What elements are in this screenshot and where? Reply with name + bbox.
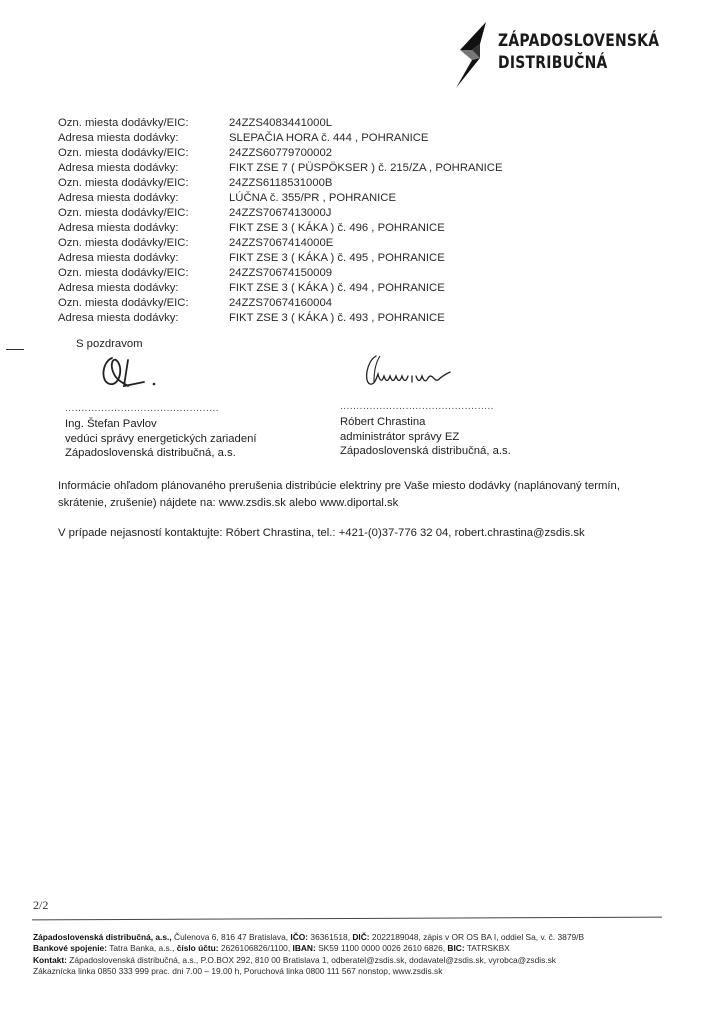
footer-line-bank: Bankové spojenie: Tatra Banka, a.s., čís… [33, 943, 584, 954]
eic-row: Ozn. miesta dodávky/EIC:24ZZS6118531000B [58, 176, 503, 191]
signatory-2-company: Západoslovenská distribučná, a.s. [340, 444, 511, 459]
signatory-1-company: Západoslovenská distribučná, a.s. [65, 446, 257, 461]
eic-row-label: Ozn. miesta dodávky/EIC: [58, 176, 229, 191]
eic-row-value: 24ZZS70674160004 [229, 296, 332, 311]
signatory-1-role: vedúci správy energetických zariadení [65, 432, 257, 447]
address-row-label: Adresa miesta dodávky: [58, 251, 229, 266]
logo-wordmark: ZÁPADOSLOVENSKÁ DISTRIBUČNÁ [498, 30, 659, 74]
address-row-value: FIKT ZSE 3 ( KÁKA ) č. 495 , POHRANICE [229, 251, 445, 266]
address-row: Adresa miesta dodávky:FIKT ZSE 3 ( KÁKA … [58, 251, 503, 266]
signatory-1: Ing. Štefan Pavlov vedúci správy energet… [65, 417, 257, 461]
eic-row-label: Ozn. miesta dodávky/EIC: [58, 296, 229, 311]
address-row-label: Adresa miesta dodávky: [58, 161, 229, 176]
eic-row-value: 24ZZS4083441000L [229, 116, 332, 131]
eic-row-label: Ozn. miesta dodávky/EIC: [58, 236, 229, 251]
eic-row: Ozn. miesta dodávky/EIC:24ZZS70674160004 [58, 296, 503, 311]
eic-row-label: Ozn. miesta dodávky/EIC: [58, 266, 229, 281]
company-logo: ZÁPADOSLOVENSKÁ DISTRIBUČNÁ [452, 18, 672, 88]
signature-line-1: ........................................… [65, 405, 219, 413]
signatory-1-name: Ing. Štefan Pavlov [65, 417, 257, 432]
address-row-value: FIKT ZSE 3 ( KÁKA ) č. 493 , POHRANICE [229, 311, 445, 326]
eic-row-value: 24ZZS6118531000B [229, 176, 332, 191]
signature-chrastina [362, 352, 452, 390]
greeting: S pozdravom [76, 338, 143, 350]
signatory-2-name: Róbert Chrastina [340, 415, 511, 430]
logo-line-1: ZÁPADOSLOVENSKÁ [498, 30, 659, 52]
logo-line-2: DISTRIBUČNÁ [498, 52, 659, 74]
margin-mark [6, 349, 24, 350]
address-row-label: Adresa miesta dodávky: [58, 281, 229, 296]
eic-row-label: Ozn. miesta dodávky/EIC: [58, 116, 229, 131]
address-row: Adresa miesta dodávky:FIKT ZSE 7 ( PÜSPÖ… [58, 161, 503, 176]
eic-row-label: Ozn. miesta dodávky/EIC: [58, 206, 229, 221]
address-row-label: Adresa miesta dodávky: [58, 191, 229, 206]
eic-row-value: 24ZZS60779700002 [229, 146, 332, 161]
signature-pavlov [98, 352, 158, 392]
signature-line-2: ........................................… [340, 403, 494, 411]
contact-paragraph: V prípade nejasností kontaktujte: Róbert… [58, 527, 585, 539]
address-row: Adresa miesta dodávky:FIKT ZSE 3 ( KÁKA … [58, 221, 503, 236]
address-row: Adresa miesta dodávky:LÚČNA č. 355/PR , … [58, 191, 503, 206]
address-row-value: LÚČNA č. 355/PR , POHRANICE [229, 191, 396, 206]
address-row: Adresa miesta dodávky:SLEPAČIA HORA č. 4… [58, 131, 503, 146]
address-row-label: Adresa miesta dodávky: [58, 131, 229, 146]
address-row: Adresa miesta dodávky:FIKT ZSE 3 ( KÁKA … [58, 311, 503, 326]
eic-row: Ozn. miesta dodávky/EIC:24ZZS4083441000L [58, 116, 503, 131]
page-number: 2/2 [33, 898, 48, 913]
address-row: Adresa miesta dodávky:FIKT ZSE 3 ( KÁKA … [58, 281, 503, 296]
eic-row: Ozn. miesta dodávky/EIC:24ZZS70674150009 [58, 266, 503, 281]
lightning-bolt-icon [452, 20, 492, 90]
eic-row-value: 24ZZS7067414000E [229, 236, 333, 251]
eic-row: Ozn. miesta dodávky/EIC:24ZZS60779700002 [58, 146, 503, 161]
eic-row: Ozn. miesta dodávky/EIC:24ZZS7067414000E [58, 236, 503, 251]
eic-row-value: 24ZZS7067413000J [229, 206, 331, 221]
address-row-value: SLEPAČIA HORA č. 444 , POHRANICE [229, 131, 428, 146]
footer-line-company: Západoslovenská distribučná, a.s., Čulen… [33, 932, 584, 943]
address-row-value: FIKT ZSE 3 ( KÁKA ) č. 496 , POHRANICE [229, 221, 445, 236]
address-row-label: Adresa miesta dodávky: [58, 221, 229, 236]
footer-divider [32, 917, 662, 921]
footer: Západoslovenská distribučná, a.s., Čulen… [33, 932, 584, 977]
eic-row-label: Ozn. miesta dodávky/EIC: [58, 146, 229, 161]
delivery-points-list: Ozn. miesta dodávky/EIC:24ZZS4083441000L… [58, 116, 503, 326]
footer-line-hotline: Zákaznícka linka 0850 333 999 prac. dni … [33, 966, 584, 977]
eic-row-value: 24ZZS70674150009 [229, 266, 332, 281]
footer-line-contact: Kontakt: Západoslovenská distribučná, a.… [33, 955, 584, 966]
eic-row: Ozn. miesta dodávky/EIC:24ZZS7067413000J [58, 206, 503, 221]
address-row-label: Adresa miesta dodávky: [58, 311, 229, 326]
signatory-2: Róbert Chrastina administrátor správy EZ… [340, 415, 511, 459]
signatory-2-role: administrátor správy EZ [340, 430, 511, 445]
address-row-value: FIKT ZSE 7 ( PÜSPÖKSER ) č. 215/ZA , POH… [229, 161, 503, 176]
address-row-value: FIKT ZSE 3 ( KÁKA ) č. 494 , POHRANICE [229, 281, 445, 296]
outage-info-paragraph: Informácie ohľadom plánovaného prerušeni… [58, 478, 668, 512]
